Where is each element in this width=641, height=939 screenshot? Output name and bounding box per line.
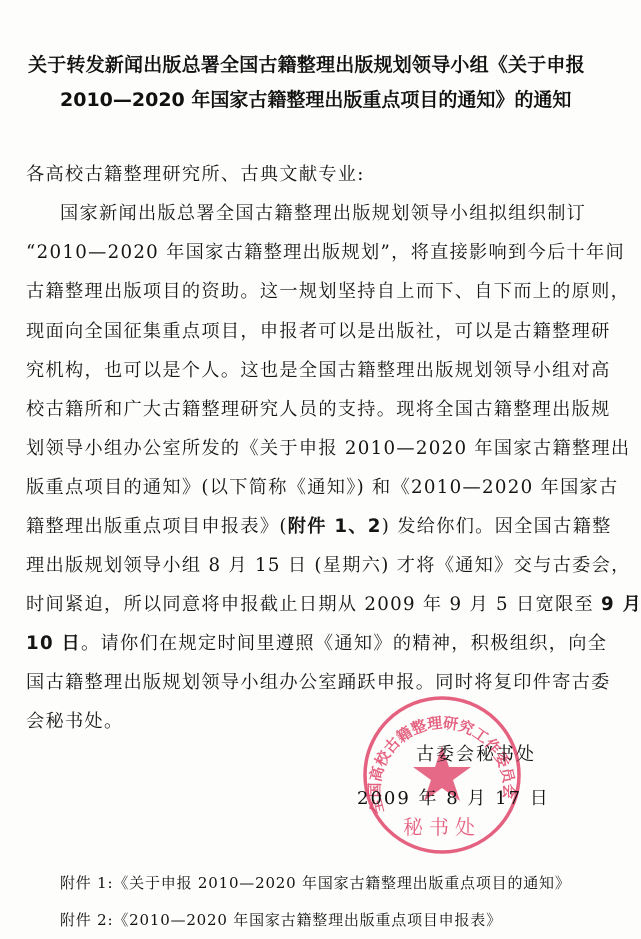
body-line: 国家新闻出版总署全国古籍整理出版规划领导小组拟组织制订	[60, 199, 586, 225]
body-line: 理出版规划领导小组 8 月 15 日 (星期六) 才将《通知》交与古委会，	[26, 551, 631, 577]
body-line: “2010—2020 年国家古籍整理出版规划”，将直接影响到今后十年间	[26, 238, 625, 264]
body-line-attachment-ref: 籍整理出版重点项目申报表》(附件 1、2) 发给你们。因全国古籍整	[26, 512, 612, 538]
attachment-1: 附件 1:《关于申报 2010—2020 年国家古籍整理出版重点项目的通知》	[60, 872, 571, 893]
body-line: 划领导小组办公室所发的《关于申报 2010—2020 年国家古籍整理出	[26, 434, 630, 460]
body-text: 籍整理出版重点项目申报表》(	[26, 516, 288, 537]
body-line: 究机构，也可以是个人。这也是全国古籍整理出版规划领导小组对高	[26, 356, 611, 382]
deadline-month: 9 月	[601, 594, 641, 615]
body-text: ) 发给你们。因全国古籍整	[382, 516, 612, 537]
body-line: 校古籍所和广大古籍整理研究人员的支持。现将全国古籍整理出版规	[26, 395, 611, 421]
body-line: 国古籍整理出版规划领导小组办公室踊跃申报。同时将复印件寄古委	[26, 668, 611, 694]
body-text: 时间紧迫，所以同意将申报截止日期从 2009 年 9 月 5 日宽限至	[26, 594, 601, 615]
signature-org: 古委会秘书处	[416, 740, 536, 766]
deadline-day: 10 日	[26, 633, 81, 654]
salutation: 各高校古籍整理研究所、古典文献专业:	[26, 160, 365, 186]
body-line: 古籍整理出版项目的资助。这一规划坚持自上而下、自下而上的原则，	[26, 277, 630, 303]
attachment-reference: 附件 1、2	[288, 516, 382, 537]
attachment-2: 附件 2:《2010—2020 年国家古籍整理出版重点项目申报表》	[60, 909, 502, 930]
signature-date: 2009 年 8 月 17 日	[357, 784, 550, 810]
stamp-bottom-text: 秘书处	[403, 815, 481, 839]
body-line: 现面向全国征集重点项目，申报者可以是出版社，可以是古籍整理研	[26, 317, 611, 343]
document-title-line-1: 关于转发新闻出版总署全国古籍整理出版规划领导小组《关于申报	[28, 50, 641, 77]
body-line-deadline: 时间紧迫，所以同意将申报截止日期从 2009 年 9 月 5 日宽限至 9 月	[26, 590, 641, 616]
body-line: 10 日。请你们在规定时间里遵照《通知》的精神，积极组织，向全	[26, 629, 607, 655]
document-title-line-2: 2010—2020 年国家古籍整理出版重点项目的通知》的通知	[60, 85, 641, 112]
body-text: 。请你们在规定时间里遵照《通知》的精神，积极组织，向全	[81, 633, 607, 654]
body-line: 版重点项目的通知》(以下简称《通知》) 和《2010—2020 年国家古	[26, 473, 619, 499]
body-line: 会秘书处。	[26, 707, 123, 733]
official-seal-stamp: 全国高校古籍整理研究工作委员会 秘书处	[362, 694, 522, 856]
